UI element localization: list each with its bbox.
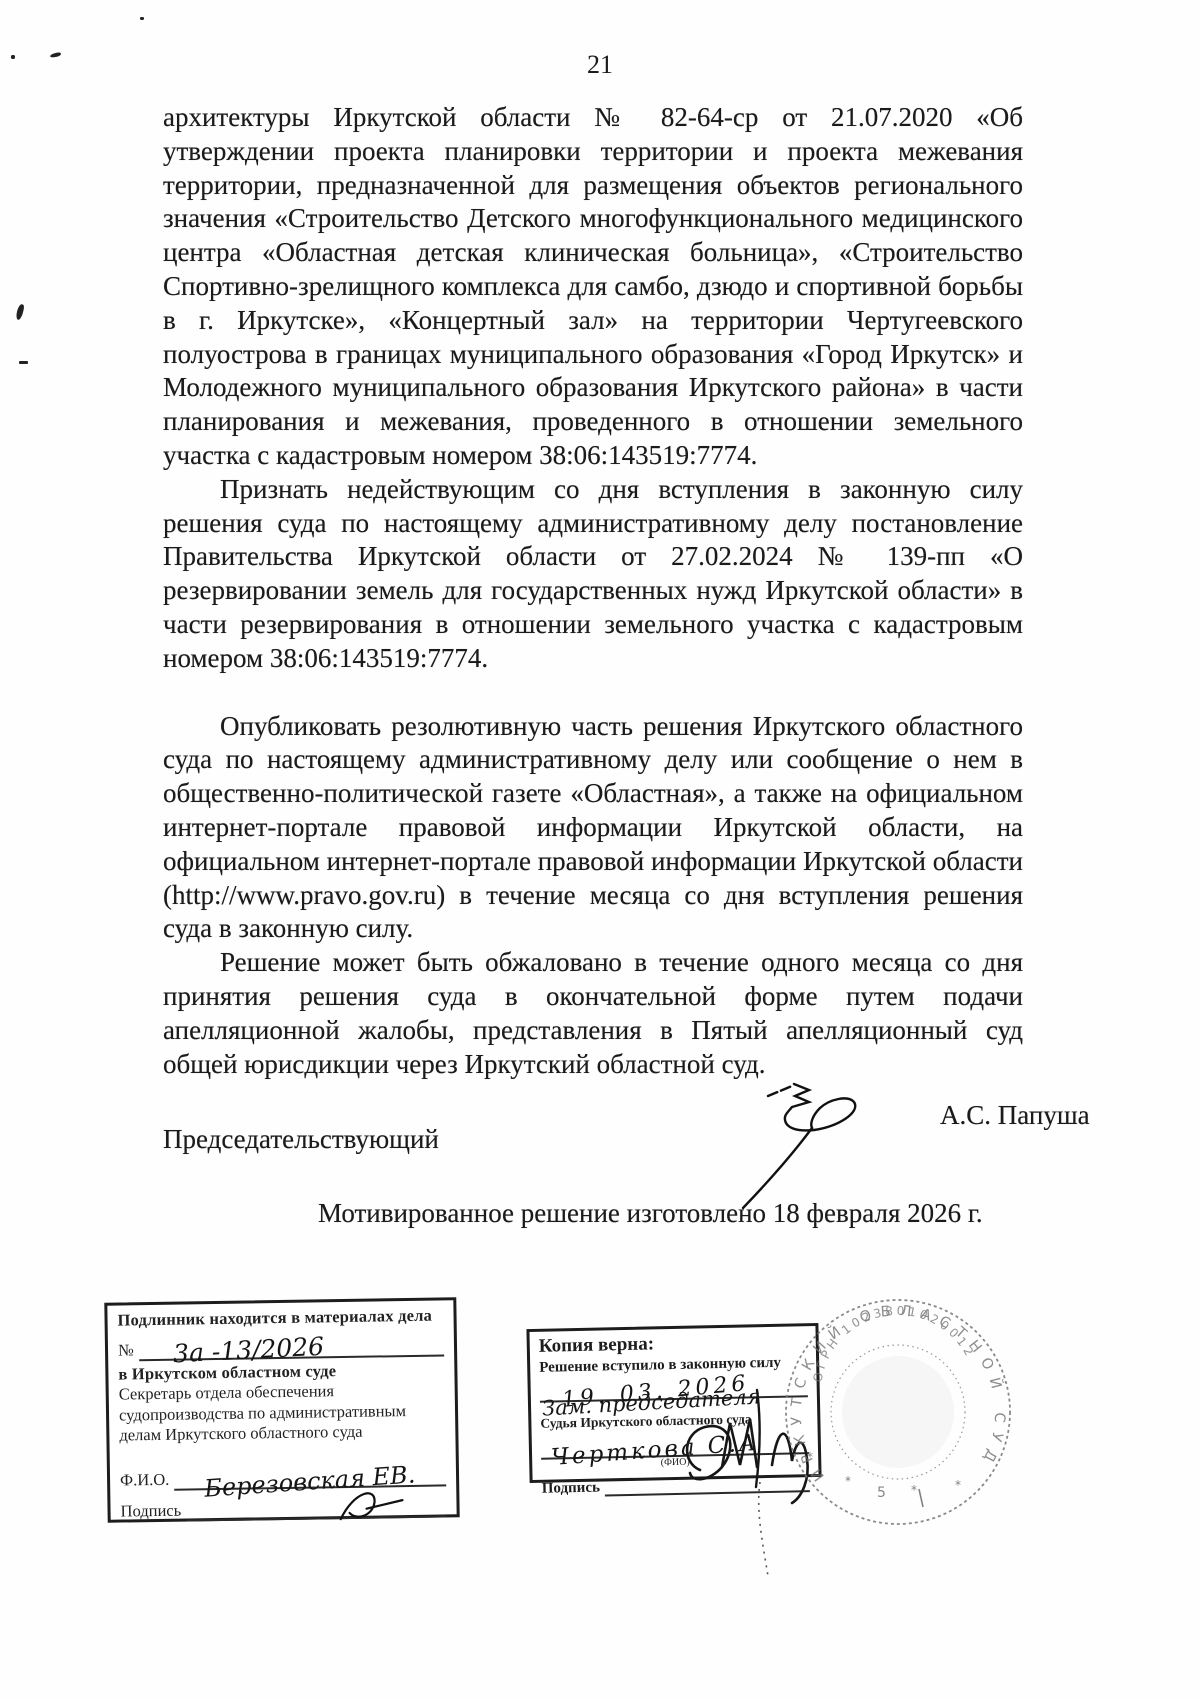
page-number: 21: [0, 50, 1200, 80]
paragraph-resolution-1: архитектуры Иркутской области № 82-64-ср…: [163, 101, 1023, 473]
seal-star: *: [911, 1483, 917, 1497]
court-seal: ИРКУТСКИЙ ОБЛАСТНОЙ СУД ОГРН 10238010200…: [779, 1293, 1017, 1531]
paragraph-resolution-2: Признать недействующим со дня вступления…: [163, 473, 1023, 676]
presiding-judge-label: Председательствующий: [163, 1124, 439, 1155]
case-number-label: №: [118, 1340, 134, 1361]
paragraph-publication: Опубликовать резолютивную часть решения …: [163, 710, 1023, 947]
body-text: архитектуры Иркутской области № 82-64-ср…: [163, 101, 1023, 1081]
motivated-decision-line: Мотивированное решение изготовлено 18 фе…: [318, 1198, 983, 1229]
clerk-signature-row: Подпись: [120, 1490, 446, 1522]
signature-label: Подпись: [542, 1479, 601, 1498]
seal-star: *: [955, 1478, 961, 1492]
judge-name: А.С. Папуша: [940, 1100, 1090, 1131]
seal-star: *: [807, 1450, 813, 1464]
originals-stamp: Подлинник находится в материалах дела № …: [104, 1297, 459, 1523]
clerk-signature: [336, 1481, 417, 1524]
case-number-handwritten: 3а -13/2026: [172, 1337, 324, 1365]
scan-speck: [15, 304, 25, 321]
case-number-row: № 3а -13/2026: [118, 1327, 444, 1361]
seal-bottom-number: 5: [877, 1485, 886, 1501]
clerk-signature-line: [186, 1488, 447, 1521]
case-number-line: 3а -13/2026: [138, 1325, 444, 1361]
clerk-line-3: делам Иркутского областного суда: [119, 1420, 445, 1446]
document-page: 21 архитектуры Иркутской области № 82-64…: [0, 0, 1200, 1698]
scan-speck: [140, 17, 144, 20]
scan-speck: [19, 361, 28, 364]
judge-signature: [680, 1062, 920, 1262]
fio-label: Ф.И.О.: [120, 1470, 170, 1491]
seal-star: *: [845, 1474, 851, 1488]
signature-label: Подпись: [120, 1501, 181, 1522]
